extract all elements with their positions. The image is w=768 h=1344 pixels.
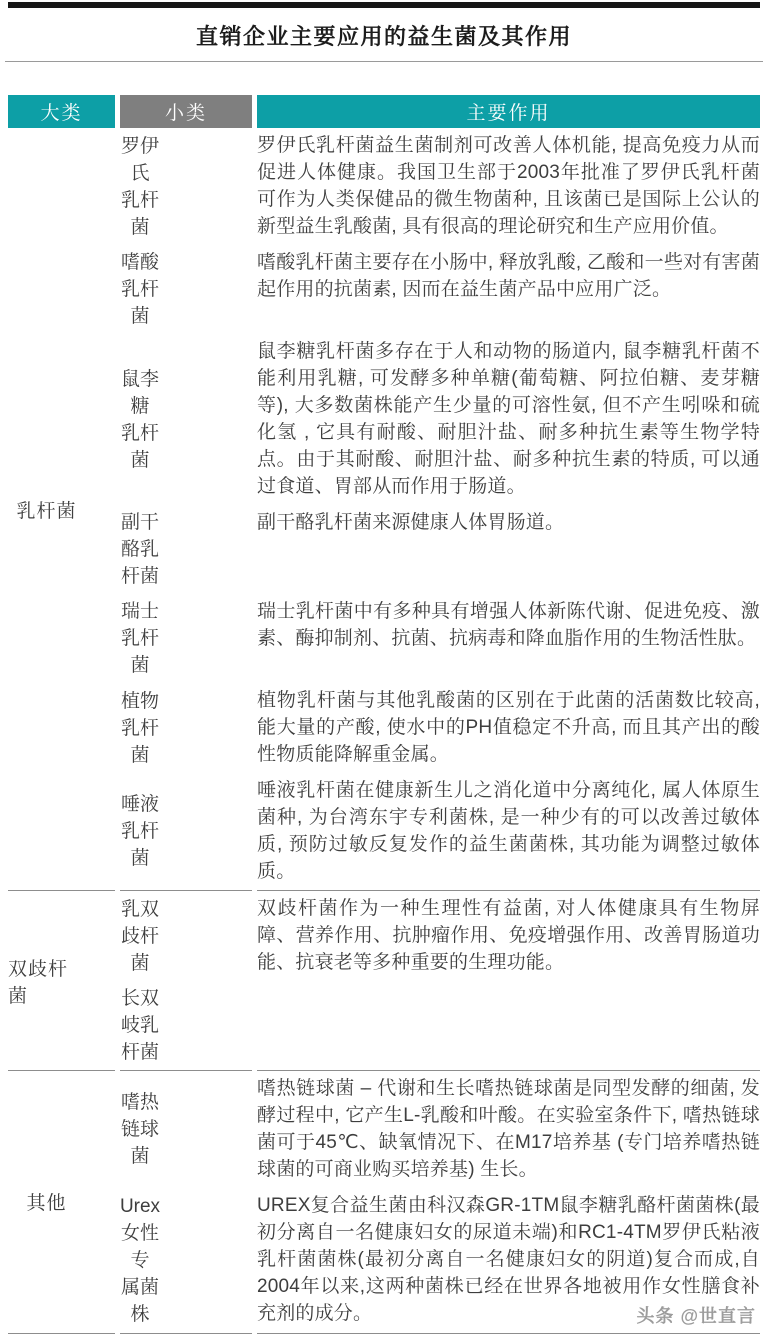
subcategory-cell: 唾液乳杆菌 — [120, 773, 252, 890]
title-divider — [5, 61, 763, 62]
table-header: 大类 小类 主要作用 — [8, 95, 760, 128]
table-section: 其他嗜热链球菌嗜热链球菌 – 代谢和生长嗜热链球菌是同型发酵的细菌, 发酵过程中… — [8, 1070, 760, 1332]
page-title: 直销企业主要应用的益生菌及其作用 — [8, 20, 760, 51]
subcategory-cell: 长双岐乳杆菌 — [120, 981, 252, 1070]
effect-cell: 罗伊氏乳杆菌益生菌制剂可改善人体机能, 提高免疫力从而促进人体健康。我国卫生部于… — [257, 128, 760, 245]
subcategory-cell: 嗜热链球菌 — [120, 1070, 252, 1188]
category-cell: 双歧杆菌 — [8, 890, 115, 1070]
table-body: 乳杆菌罗伊氏 乳杆菌罗伊氏乳杆菌益生菌制剂可改善人体机能, 提高免疫力从而促进人… — [8, 128, 760, 1332]
table-section: 乳杆菌罗伊氏 乳杆菌罗伊氏乳杆菌益生菌制剂可改善人体机能, 提高免疫力从而促进人… — [8, 128, 760, 890]
rule-segment — [257, 1333, 760, 1334]
header-cell-subcategory: 小类 — [120, 95, 252, 128]
watermark: 头条 @世直言 — [636, 1302, 756, 1328]
effect-cell: 植物乳杆菌与其他乳酸菌的区别在于此菌的活菌数比较高, 能大量的产酸, 使水中的P… — [257, 683, 760, 773]
effect-cell: 嗜酸乳杆菌主要存在小肠中, 释放乳酸, 乙酸和一些对有害菌起作用的抗菌素, 因而… — [257, 245, 760, 334]
effect-cell: 唾液乳杆菌在健康新生儿之消化道中分离纯化, 属人体原生菌种, 为台湾东宇专利菌株… — [257, 773, 760, 890]
subcategory-cell: 鼠李糖 乳杆菌 — [120, 334, 252, 505]
subcategory-cell: 副干酪乳杆菌 — [120, 505, 252, 594]
category-cell: 其他 — [8, 1070, 115, 1332]
table-section: 双歧杆菌乳双歧杆菌双歧杆菌作为一种生理性有益菌, 对人体健康具有生物屏障、营养作… — [8, 890, 760, 1070]
rule-segment — [8, 1333, 115, 1334]
infographic-page: 直销企业主要应用的益生菌及其作用 大类 小类 主要作用 乳杆菌罗伊氏 乳杆菌罗伊… — [0, 0, 768, 1344]
effect-cell: 嗜热链球菌 – 代谢和生长嗜热链球菌是同型发酵的细菌, 发酵过程中, 它产生L-… — [257, 1070, 760, 1188]
top-bar — [8, 2, 760, 8]
subcategory-cell: 植物乳杆菌 — [120, 683, 252, 773]
subcategory-cell: 乳双歧杆菌 — [120, 890, 252, 981]
effect-cell: 双歧杆菌作为一种生理性有益菌, 对人体健康具有生物屏障、营养作用、抗肿瘤作用、免… — [257, 890, 760, 981]
subcategory-cell: Urex女性专 属菌株 — [120, 1188, 252, 1332]
effect-cell: 副干酪乳杆菌来源健康人体胃肠道。 — [257, 505, 760, 594]
bottom-rule — [8, 1333, 760, 1334]
category-cell: 乳杆菌 — [8, 128, 115, 890]
subcategory-cell: 嗜酸乳杆菌 — [120, 245, 252, 334]
rule-segment — [120, 1333, 252, 1334]
header-cell-category: 大类 — [8, 95, 115, 128]
effect-cell — [257, 981, 760, 1070]
subcategory-cell: 瑞士乳杆菌 — [120, 594, 252, 683]
effect-cell: 鼠李糖乳杆菌多存在于人和动物的肠道内, 鼠李糖乳杆菌不能利用乳糖, 可发酵多种单… — [257, 334, 760, 505]
subcategory-cell: 罗伊氏 乳杆菌 — [120, 128, 252, 245]
header-cell-effect: 主要作用 — [257, 95, 760, 128]
effect-cell: 瑞士乳杆菌中有多种具有增强人体新陈代谢、促进免疫、激素、酶抑制剂、抗菌、抗病毒和… — [257, 594, 760, 683]
